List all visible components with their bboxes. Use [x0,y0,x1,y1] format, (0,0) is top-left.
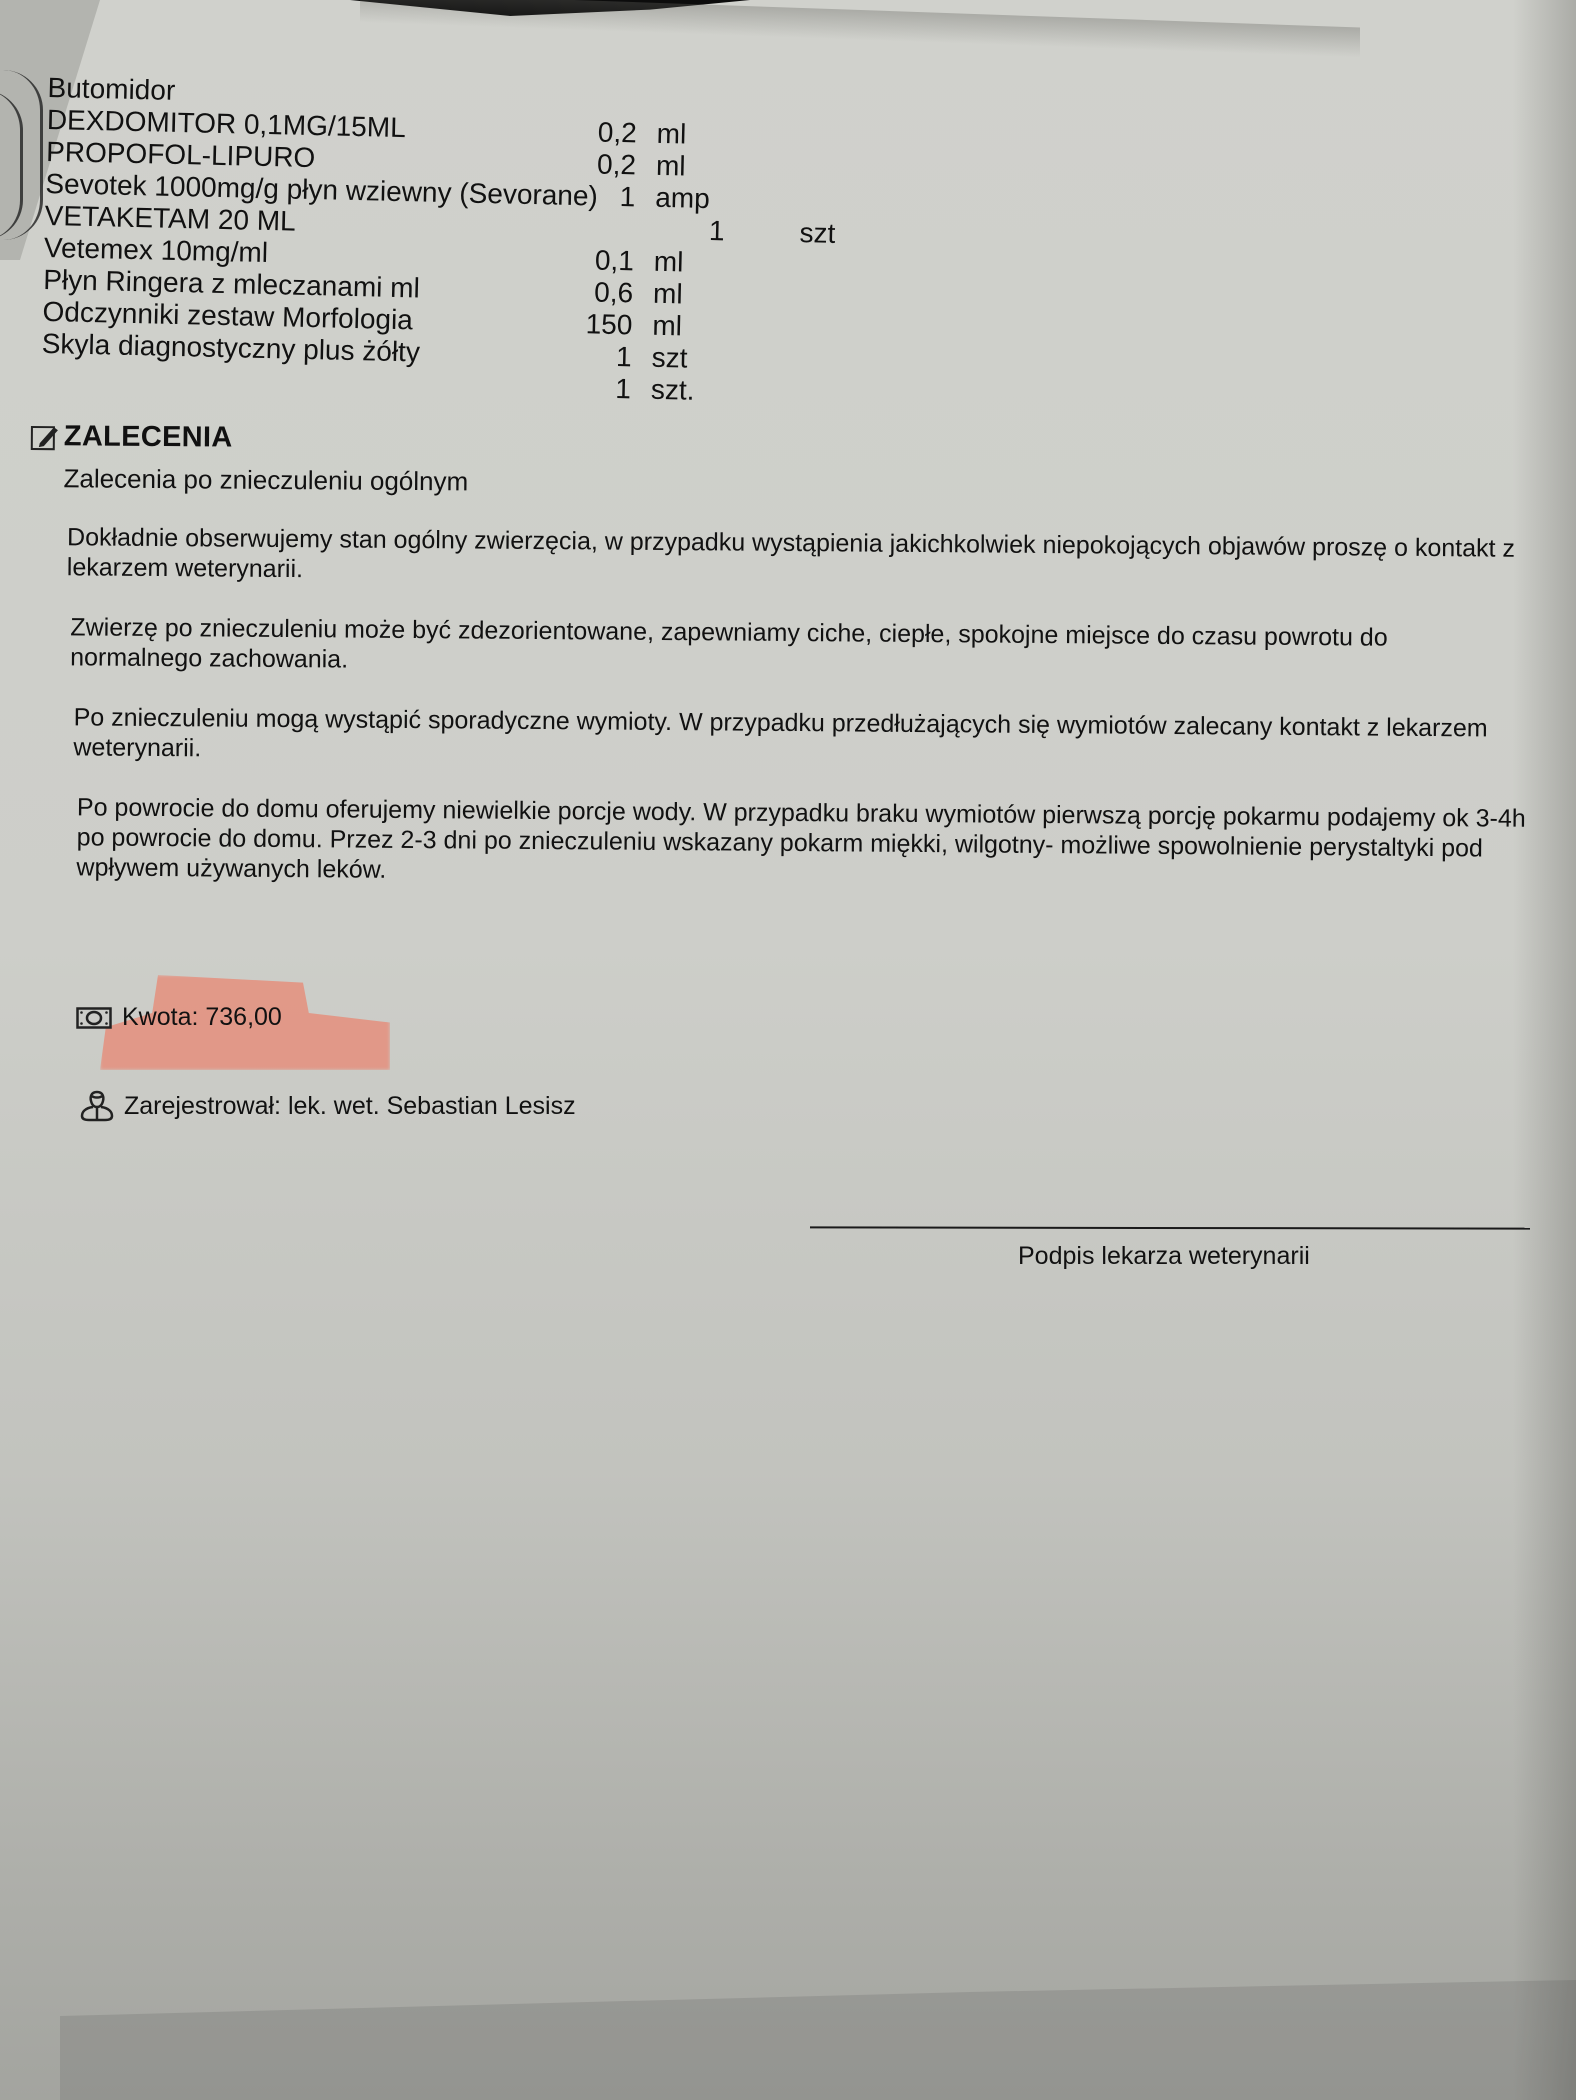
medication-quantity: 1 [674,214,725,247]
medication-unit: ml [656,150,686,183]
medication-quantity: 0,6 [563,276,634,310]
registered-by-label: Zarejestrował: lek. wet. Sebastian Lesis… [124,1092,576,1121]
medication-quantity: 1 [565,180,636,214]
medication-unit: szt. [651,374,695,407]
medication-row: Odczynniki zestaw Morfologia 150 ml [42,296,43,328]
medication-row: DEXDOMITOR 0,1MG/15ML 0,2 ml [47,104,48,136]
medication-quantity: 0,1 [564,244,635,278]
recommendation-paragraph: Po znieczuleniu mogą wystąpić sporadyczn… [73,702,1523,773]
medication-unit: szt [799,217,835,250]
recommendation-paragraph: Po powrocie do domu oferujemy niewielkie… [76,792,1527,893]
section-subtitle: Zalecenia po znieczuleniu ogólnym [63,463,1529,506]
person-icon [80,1090,114,1122]
medication-row: Vetemex 10mg/ml 0,1 ml [44,232,45,264]
medication-row: Sevotek 1000mg/g płyn wziewny (Sevorane)… [45,168,46,200]
edit-icon [30,423,60,453]
money-icon [76,1007,112,1029]
medication-quantity: 0,2 [566,116,637,150]
medication-quantity: 1 [561,340,632,374]
recommendation-paragraph: Zwierzę po znieczuleniu może być zdezori… [70,612,1520,683]
amount-row: Kwota: 736,00 [76,1003,282,1032]
medication-row: Skyla diagnostyczny plus żółty 1 szt [41,328,42,360]
recommendation-paragraph: Dokładnie obserwujemy stan ogólny zwierz… [67,522,1517,593]
medication-name: Vetemex 10mg/ml [44,232,269,269]
amount-label: Kwota: 736,00 [122,1003,282,1032]
medication-unit: ml [653,246,683,279]
medication-name: Butomidor [47,72,175,107]
recommendations-section: ZALECENIA Zalecenia po znieczuleniu ogól… [26,420,1530,924]
medication-row: VETAKETAM 20 ML 1 szt [44,200,45,232]
signature-label: Podpis lekarza weterynarii [1018,1242,1310,1271]
medication-unit: ml [653,278,683,311]
registered-by-row: Zarejestrował: lek. wet. Sebastian Lesis… [80,1090,576,1122]
medication-row: Płyn Ringera z mleczanami ml 0,6 ml [43,264,44,296]
medication-row: PROPOFOL-LIPURO 0,2 ml [46,136,47,168]
medication-unit: ml [652,310,682,343]
medication-unit: szt [651,342,687,375]
medication-row: Butomidor [47,72,48,104]
medication-quantity: 0,2 [566,148,637,182]
medication-unit: ml [656,118,686,151]
medication-unit: amp [655,182,710,215]
medication-quantity: 150 [562,308,633,342]
section-title: ZALECENIA [64,420,233,454]
medication-quantity: 1 [561,372,632,406]
